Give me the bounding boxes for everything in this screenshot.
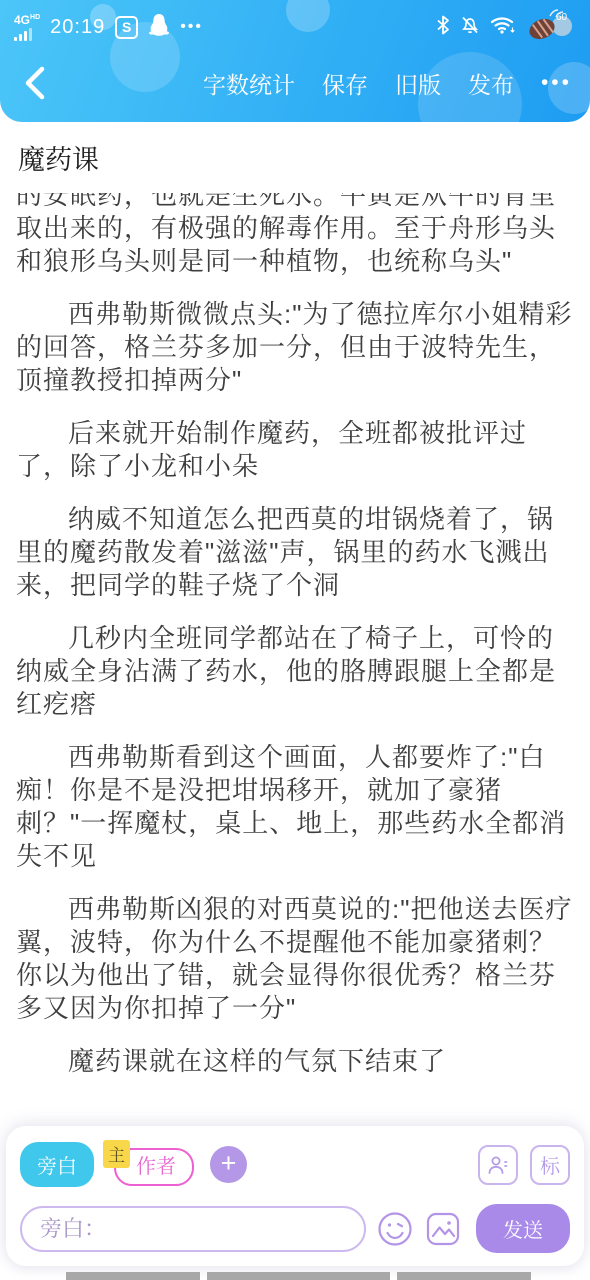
narration-tag-button[interactable]: 旁白 [20, 1142, 94, 1187]
image-button[interactable] [424, 1210, 462, 1248]
handle-bar[interactable] [397, 1272, 531, 1280]
tag-mark-label: 标 [540, 1150, 560, 1179]
header: 4GHD 20:19 S ••• [0, 0, 590, 122]
message-input[interactable] [20, 1206, 366, 1252]
message-row: 发送 [20, 1204, 570, 1253]
editor-content: 魔药课 的安眠药，也就是生死水。牛黄是从牛的胃里取出来的，有极强的解毒作用。至于… [0, 122, 590, 1280]
menu-publish[interactable]: 发布 [468, 67, 514, 100]
bottom-handle-bars [0, 1272, 590, 1280]
app-screen: 4GHD 20:19 S ••• [0, 0, 590, 1280]
story-paragraph: 的安眠药，也就是生死水。牛黄是从牛的胃里取出来的，有极强的解毒作用。至于舟形乌头… [16, 193, 574, 278]
story-paragraph: 魔药课就在这样的气氛下结束了 [16, 1045, 574, 1078]
menu-word-count[interactable]: 字数统计 [203, 67, 295, 100]
chapter-title: 魔药课 [18, 138, 572, 177]
battery-bee-icon: 60 [526, 8, 574, 47]
story-paragraph: 几秒内全班同学都站在了椅子上，可怜的纳威全身沾满了药水，他的胳膊跟腿上全都是红疙… [16, 622, 574, 721]
battery-percent-text: 60 [556, 12, 568, 23]
story-paragraph: 后来就开始制作魔药，全班都被批评过了，除了小龙和小朵 [16, 417, 574, 483]
menu-more-icon[interactable]: ••• [541, 71, 572, 95]
back-button[interactable] [18, 66, 52, 100]
emoji-button[interactable] [376, 1210, 414, 1248]
role-tag-row: 旁白 主 作者 + 标 [20, 1142, 570, 1187]
main-role-badge: 主 [103, 1140, 130, 1168]
notifications-off-icon [460, 15, 480, 40]
header-menu: 字数统计 保存 旧版 发布 ••• [203, 67, 572, 100]
handle-bar[interactable] [66, 1272, 200, 1280]
qq-penguin-icon [148, 13, 170, 42]
story-paragraph: 纳威不知道怎么把西莫的坩锅烧着了，锅里的魔药散发着"滋滋"声，锅里的药水飞溅出来… [16, 503, 574, 602]
menu-old-version[interactable]: 旧版 [395, 67, 441, 100]
send-button[interactable]: 发送 [476, 1204, 570, 1253]
nav-bar: 字数统计 保存 旧版 发布 ••• [0, 48, 590, 118]
signal-bars-icon [14, 28, 32, 41]
clock: 20:19 [50, 16, 105, 39]
composer-panel: 旁白 主 作者 + 标 [6, 1126, 584, 1266]
handle-bar[interactable] [207, 1272, 390, 1280]
status-bar: 4GHD 20:19 S ••• [0, 0, 590, 48]
wifi-icon [490, 15, 516, 40]
story-paragraph: 西弗勒斯微微点头:"为了德拉库尔小姐精彩的回答，格兰芬多加一分，但由于波特先生，… [16, 298, 574, 397]
menu-save[interactable]: 保存 [322, 67, 368, 100]
story-paragraph: 西弗勒斯凶狠的对西莫说的:"把他送去医疗翼，波特，你为什么不提醒他不能加豪猪刺？… [16, 893, 574, 1025]
network-type-label: 4GHD [14, 14, 40, 26]
tag-mark-button[interactable]: 标 [530, 1145, 570, 1185]
author-tag-button[interactable]: 主 作者 [114, 1150, 194, 1179]
network-indicator: 4GHD [14, 14, 40, 41]
character-list-button[interactable] [478, 1145, 518, 1185]
bluetooth-icon [436, 15, 450, 40]
add-role-button[interactable]: + [210, 1146, 247, 1183]
story-text: 的安眠药，也就是生死水。牛黄是从牛的胃里取出来的，有极强的解毒作用。至于舟形乌头… [16, 193, 574, 1139]
ime-s-icon: S [115, 16, 138, 39]
story-paragraph: 西弗勒斯看到这个画面，人都要炸了:"白痴！你是不是没把坩埚移开，就加了豪猪刺？"… [16, 741, 574, 873]
